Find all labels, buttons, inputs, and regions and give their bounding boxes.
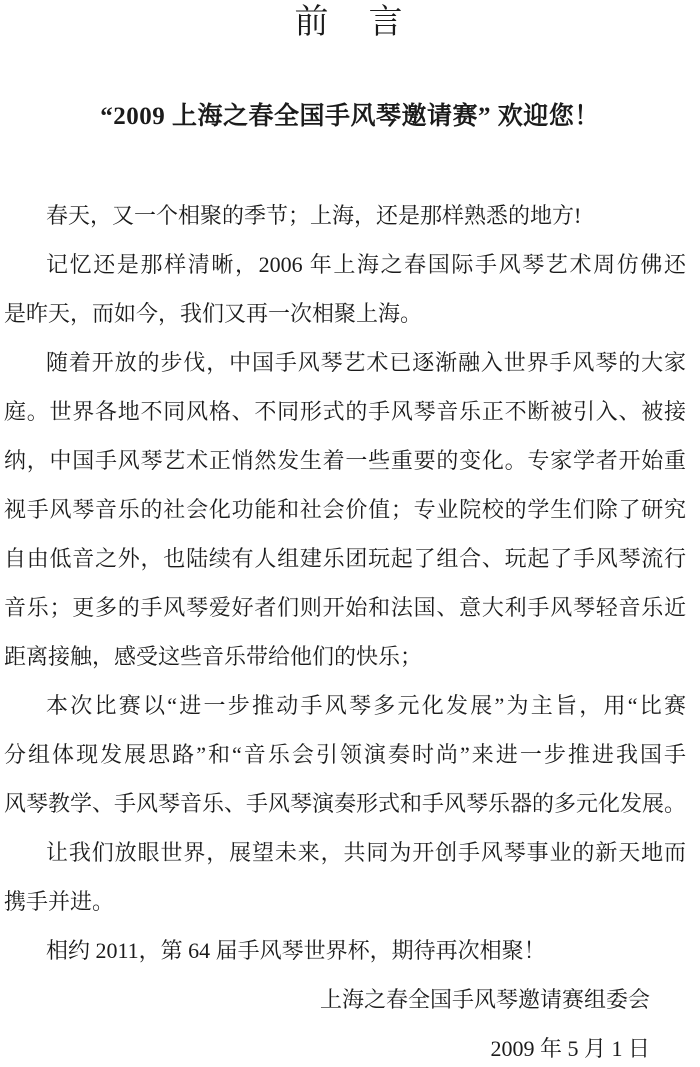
body-text-line: 视手风琴音乐的社会化功能和社会价值；专业院校的学生们除了研究 bbox=[4, 485, 686, 534]
body-text-line: 距离接触，感受这些音乐带给他们的快乐； bbox=[4, 632, 686, 681]
welcome-heading: “2009 上海之春全国手风琴邀请赛” 欢迎您！ bbox=[0, 92, 700, 142]
body-text-line: 风琴教学、手风琴音乐、手风琴演奏形式和手风琴乐器的多元化发展。 bbox=[4, 779, 686, 828]
document-page: 前 言 “2009 上海之春全国手风琴邀请赛” 欢迎您！ 春天，又一个相聚的季节… bbox=[0, 0, 700, 1067]
body-text-line: 本次比赛以“进一步推动手风琴多元化发展”为主旨，用“比赛 bbox=[4, 681, 686, 730]
body-text-line: 让我们放眼世界，展望未来，共同为开创手风琴事业的新天地而 bbox=[4, 828, 686, 877]
body-text-line: 春天，又一个相聚的季节；上海，还是那样熟悉的地方! bbox=[4, 191, 686, 240]
body-text-line: 随着开放的步伐，中国手风琴艺术已逐渐融入世界手风琴的大家 bbox=[4, 338, 686, 387]
body-text-line: 音乐；更多的手风琴爱好者们则开始和法国、意大利手风琴轻音乐近 bbox=[4, 583, 686, 632]
body-text-line: 纳，中国手风琴艺术正悄然发生着一些重要的变化。专家学者开始重 bbox=[4, 436, 686, 485]
body-text-line: 携手并进。 bbox=[4, 877, 686, 926]
preface-body: 春天，又一个相聚的季节；上海，还是那样熟悉的地方!记忆还是那样清晰，2006 年… bbox=[4, 191, 686, 1067]
body-text-line: 是昨天，而如今，我们又再一次相聚上海。 bbox=[4, 289, 686, 338]
body-text-line: 记忆还是那样清晰，2006 年上海之春国际手风琴艺术周仿佛还 bbox=[4, 240, 686, 289]
body-text-line: 庭。世界各地不同风格、不同形式的手风琴音乐正不断被引入、被接 bbox=[4, 387, 686, 436]
page-title: 前 言 bbox=[0, 0, 700, 46]
body-text-line: 分组体现发展思路”和“音乐会引领演奏时尚”来进一步推进我国手 bbox=[4, 730, 686, 779]
date-line: 2009 年 5 月 1 日 bbox=[4, 1024, 686, 1067]
signature-line: 上海之春全国手风琴邀请赛组委会 bbox=[4, 975, 686, 1024]
body-text-line: 自由低音之外，也陆续有人组建乐团玩起了组合、玩起了手风琴流行 bbox=[4, 534, 686, 583]
body-text-line: 相约 2011，第 64 届手风琴世界杯，期待再次相聚！ bbox=[4, 926, 686, 975]
